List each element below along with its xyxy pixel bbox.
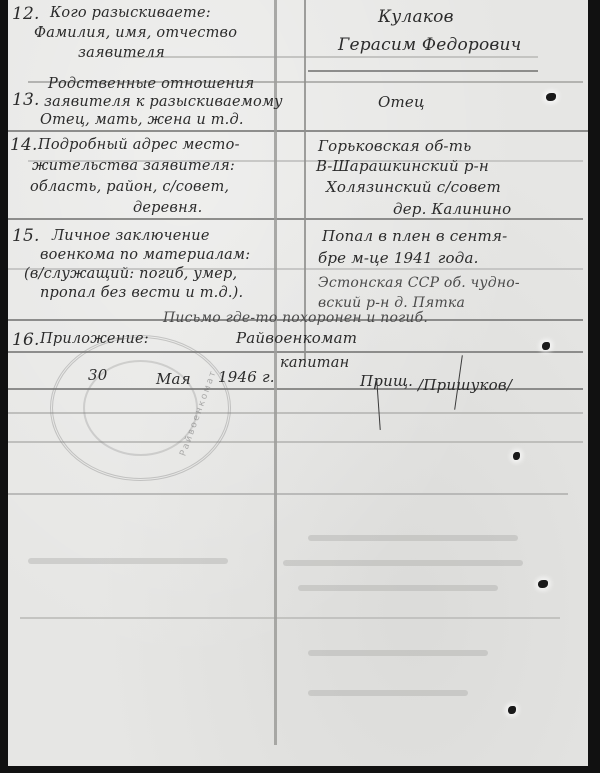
bleed-through (308, 535, 518, 541)
row-12-question-line: Кого разыскиваете: (50, 5, 211, 22)
row-13-question-line: Родственные отношения (48, 76, 254, 93)
bleed-through (308, 690, 468, 696)
signatory-name: /Пришуков/ (418, 376, 512, 395)
row-14-question-line: деревня. (133, 200, 202, 217)
row-16-number: 16. (12, 330, 40, 350)
row-12-answer-line: Кулаков (378, 8, 454, 27)
row-14-answer-line: Холязинский с/совет (326, 178, 501, 197)
row-13-answer-line: Отец (378, 93, 425, 112)
row-15-answer-line: Попал в плен в сентя- (322, 227, 507, 246)
row-14-answer-line: Горьковская об-ть (318, 137, 472, 156)
rule-line (308, 70, 538, 72)
row-12-question-line: заявителя (78, 45, 165, 62)
row-15-question-line: военкома по материалам: (40, 247, 250, 264)
bleed-through (298, 585, 498, 591)
rule-line (20, 617, 560, 619)
document-page: Райвоенкомат 12. Кого разыскиваете: Фами… (8, 0, 588, 766)
rule-line (118, 56, 538, 58)
signature: Прищ. (360, 372, 413, 391)
date-year: 1946 г. (218, 368, 275, 387)
row-14-answer-line: В-Шарашкинский р-н (316, 157, 489, 176)
rank-label: капитан (280, 355, 349, 372)
bleed-through (283, 560, 523, 566)
rule-line (8, 493, 568, 495)
row-15-answer-line: Эстонская ССР об. чудно- (318, 274, 520, 293)
bleed-through (308, 650, 488, 656)
paper-hole (542, 342, 550, 350)
rule-line (8, 130, 588, 132)
row-15-answer-line: бре м-це 1941 года. (318, 249, 479, 268)
paper-hole (513, 452, 520, 460)
row-15-number: 15. (12, 226, 40, 246)
row-16-answer-line: Райвоенкомат (236, 329, 357, 348)
row-14-question-line: область, район, с/совет, (30, 179, 229, 196)
row-14-number: 14. (10, 135, 38, 155)
row-13-number: 13. (12, 90, 40, 110)
row-14-answer-line: дер. Калинино (393, 200, 511, 219)
paper-hole (508, 706, 516, 714)
date-day: 30 (88, 366, 108, 385)
row-15-question-line: (в/служащий: погиб, умер, (24, 266, 237, 283)
bleed-through (28, 558, 228, 564)
row-15-question-line: Личное заключение (52, 228, 210, 245)
column-divider (304, 0, 306, 360)
row-12-question-line: Фамилия, имя, отчество (34, 25, 237, 42)
row-14-question-line: жительства заявителя: (32, 158, 235, 175)
paper-hole (546, 93, 556, 101)
paper-hole (538, 580, 548, 588)
date-month: Мая (156, 370, 191, 389)
row-12-answer-line: Герасим Федорович (338, 36, 521, 55)
row-15-question-line: пропал без вести и т.д.). (40, 285, 243, 302)
official-stamp: Райвоенкомат (50, 335, 231, 481)
row-12-number: 12. (12, 4, 40, 24)
row-15-extra-note: Письмо где-то похоронен и погиб. (163, 309, 428, 328)
row-14-question-line: Подробный адрес место- (38, 137, 240, 154)
row-16-question-line: Приложение: (40, 331, 149, 348)
row-13-question-line: Отец, мать, жена и т.д. (40, 112, 244, 129)
row-13-question-line: заявителя к разыскиваемому (44, 94, 283, 111)
